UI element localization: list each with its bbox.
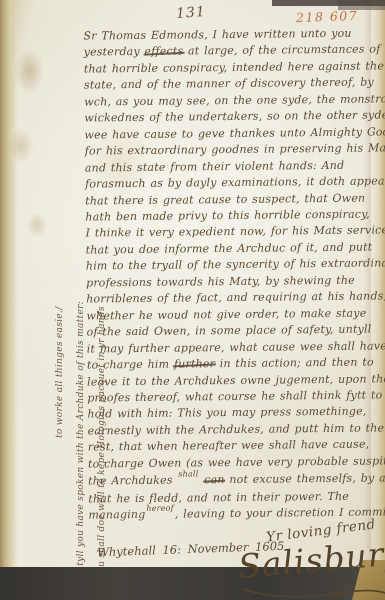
- paper-stain: [26, 212, 48, 238]
- folio-number: 131: [175, 4, 206, 22]
- paper-stain: [14, 48, 44, 94]
- binding-edge: [0, 0, 18, 600]
- manuscript-scan: 131 218 607 Sr Thomas Edmonds, I have wr…: [0, 0, 385, 600]
- margin-note: you shall doe well to kepe Hologius pacq…: [50, 186, 112, 578]
- letter-body: Sr Thomas Edmonds, I have written unto y…: [83, 26, 376, 526]
- paper-stain: [8, 128, 34, 164]
- margin-note-line: you shall doe well to kepe Hologius pacq…: [92, 186, 112, 578]
- margin-note-line: untyll you have spoken with the Archduke…: [71, 186, 91, 578]
- margin-note-line: to worke all thinges easie./: [50, 186, 70, 438]
- signature-flourish: [240, 585, 385, 599]
- shelfmark-number: 218 607: [296, 8, 359, 25]
- letter-lines: Sr Thomas Edmonds, I have written unto y…: [83, 26, 376, 526]
